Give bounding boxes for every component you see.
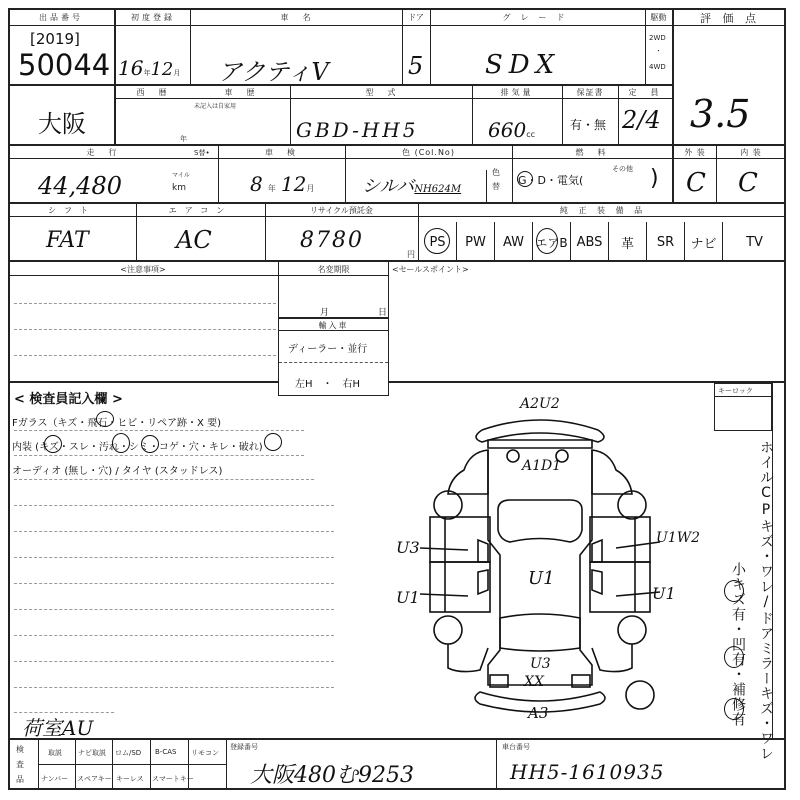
name-change-label: 名変期限 (279, 264, 388, 275)
accessory-smart-key: スマートキー (152, 774, 194, 784)
notes-label: <注意事項> (8, 264, 278, 275)
inspector-label: < 検査員記入欄 > (14, 388, 123, 407)
mark-left-front-door: U3 (396, 538, 420, 557)
side-note-damage: ホイルCPキズ・ワレ/ドアミラーキズ・ワレ (756, 440, 776, 761)
equipment-abs: ABS (571, 222, 609, 262)
equipment-ps-circle (424, 228, 450, 254)
grade-label: グレード (432, 12, 645, 23)
recycle-label: リサイクル預託金 (265, 205, 418, 216)
recycle-unit: 円 (407, 249, 415, 260)
lot-year: [2019] (30, 30, 80, 48)
mark-roof: U1 (528, 568, 555, 589)
aircon-label: エアコン (136, 205, 265, 216)
accessory-keyless: キーレス (116, 774, 144, 784)
plate-label: 登録番号 (230, 742, 258, 752)
accessory-navi-manual: ナビ取説 (78, 748, 106, 758)
car-name-label: 車 名 (192, 12, 402, 23)
displacement-label: 排気量 (472, 87, 562, 98)
mark-right-rear-door: U1 (652, 584, 676, 603)
warranty-value: 有・無 (570, 116, 606, 133)
fuel-other-label: その他 (612, 164, 633, 174)
interior-stain-circle (112, 433, 130, 453)
accessory-manual: 取説 (48, 748, 62, 758)
accessory-remote: リモコン (191, 748, 219, 758)
fuel-label: 燃 料 (512, 147, 672, 158)
keylock-label: キーロック (718, 386, 753, 396)
exterior-value: C (686, 168, 706, 198)
inspector-handwritten-note: 荷室AU (22, 712, 93, 741)
accessory-rom-sd: ロム/SD (115, 748, 141, 758)
sales-point-label: <セールスポイント> (392, 264, 469, 275)
score-value: 3.5 (690, 92, 750, 136)
drive-sep: ・ (655, 46, 662, 56)
mileage-value: 44,480 (38, 172, 122, 200)
equipment-tv: TV (723, 222, 786, 262)
mark-rear-bumper: A3 (528, 704, 548, 722)
equipment-aw: AW (495, 222, 533, 262)
history-label: 車 歴 (192, 87, 290, 98)
exterior-label: 外 装 (674, 147, 716, 158)
interior-spot-circle (141, 435, 159, 453)
inspection-value: 8 年 12月 (250, 172, 314, 196)
capacity-label: 定 員 (618, 87, 672, 98)
side-small-scratch-circle (724, 580, 744, 602)
model-code-value: GBD-HH5 (296, 118, 418, 142)
mileage-unit-km: km (172, 183, 186, 193)
chassis-value: HH5-1610935 (510, 760, 664, 784)
capacity-value: 2/4 (622, 106, 661, 134)
drive-4wd: 4WD (649, 63, 666, 71)
doors-label: ドア (402, 12, 430, 23)
year-model-unit: 年 (180, 134, 187, 144)
interior-scratch-circle (44, 435, 62, 453)
accessory-spare-key: スペアキー (77, 774, 112, 784)
color-value: シルバNH624M (362, 172, 461, 198)
equipment-leather: 革 (609, 222, 647, 262)
drive-label: 駆動 (645, 12, 672, 23)
inspector-line-glass: Fガラス（キズ・飛石・ヒビ・リペア跡・X 要) (12, 414, 221, 429)
interior-label: 内 装 (716, 147, 786, 158)
shift-label: シフト (8, 205, 136, 216)
lot-label: 出品番号 (8, 12, 114, 23)
aircon-value: AC (176, 226, 212, 254)
warranty-label: 保証書 (562, 87, 618, 98)
import-dealer: ディーラー・並行 (288, 340, 367, 355)
lot-number: 50044 (18, 48, 110, 82)
first-registration-value: 16年12月 (118, 56, 180, 80)
inspection-label: 車 検 (218, 147, 345, 158)
equipment-airbag-circle (536, 228, 558, 254)
mark-rear-panel: XX (524, 674, 544, 690)
doors-value: 5 (408, 52, 423, 80)
car-name-value: アクティV (218, 52, 329, 87)
shift-value: FAT (46, 228, 89, 253)
score-label: 評 価 点 (674, 10, 786, 26)
equipment-pw: PW (457, 222, 495, 262)
chassis-label: 車台番号 (502, 742, 530, 752)
accessory-bcas: B-CAS (155, 748, 176, 756)
mark-hood: A1D1 (522, 458, 561, 474)
drive-2wd: 2WD (649, 34, 666, 42)
side-repair-circle (724, 698, 744, 720)
accessory-plate: ナンバー (41, 774, 68, 784)
mark-rear-gate: U3 (530, 656, 551, 672)
mark-right-front-door: U1W2 (656, 530, 700, 546)
color-label: 色 (Col.No) (345, 147, 512, 158)
plate-value: 大阪480む9253 (250, 758, 414, 789)
meter-replaced-label: S替• (194, 148, 210, 158)
mileage-unit-mile: マイル (172, 170, 190, 179)
mark-left-rear-door: U1 (396, 588, 420, 607)
location: 大阪 (38, 104, 86, 139)
year-model-label: 西 暦 (116, 87, 190, 98)
color-change-label: 色替 (492, 166, 502, 194)
inspector-line-audio: オーディオ (無し・穴) / タイヤ (スタッドレス) (12, 462, 222, 477)
equipment-sunroof: SR (647, 222, 685, 262)
import-steering: 左H ・ 右H (295, 375, 360, 390)
grade-value: SDX (485, 50, 560, 80)
model-code-label: 型 式 (292, 87, 472, 98)
fuel-selected-circle (517, 171, 533, 187)
interior-tear-circle (264, 433, 282, 451)
equipment-label: 純 正 装 備 品 (420, 205, 786, 216)
history-note: 未記入は自家用 (194, 101, 236, 110)
equipment-navi: ナビ (685, 222, 723, 262)
recycle-value: 8780 (300, 228, 364, 253)
displacement-value: 660cc (488, 118, 535, 142)
first-registration-label: 初度登録 (116, 12, 190, 23)
glass-chip-circle (96, 411, 114, 427)
mileage-label: 走 行 (8, 147, 198, 158)
side-dent-circle (724, 646, 744, 668)
accessories-side-label: 検 査 品 (16, 742, 26, 787)
interior-value: C (738, 168, 758, 198)
mark-front-bumper: A2U2 (520, 396, 560, 412)
fuel-close: ) (650, 166, 659, 191)
